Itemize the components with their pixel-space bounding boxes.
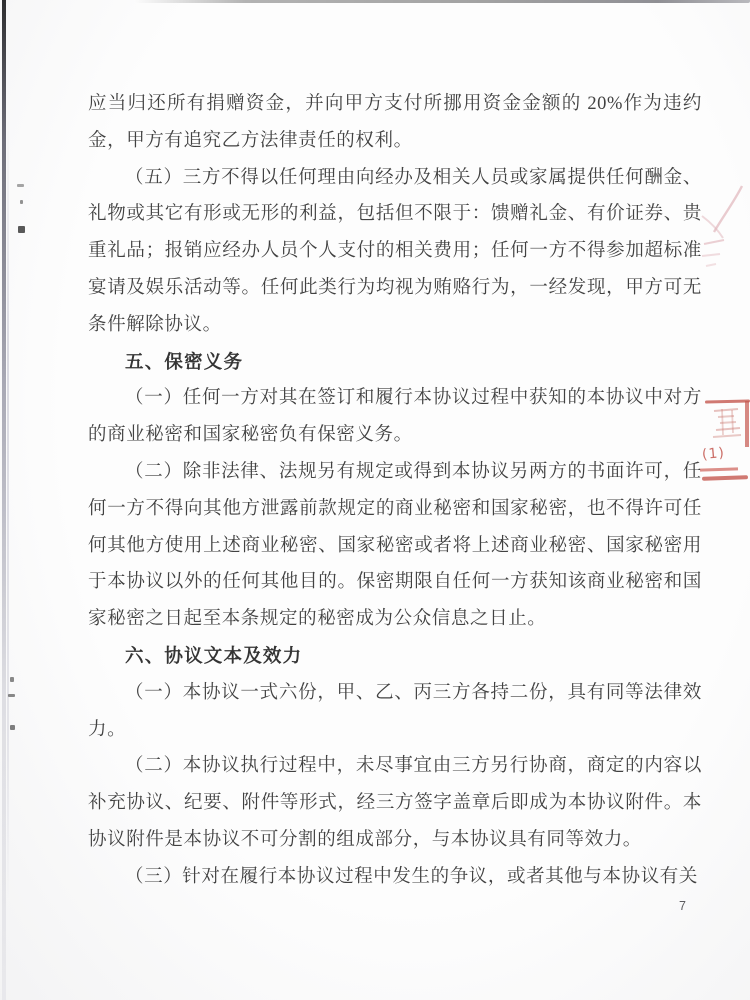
scanned-contract-page: 应当归还所有捐赠资金，并向甲方支付所挪用资金金额的 20%作为违约金，甲方有追究…: [0, 0, 750, 1000]
scan-edge-left-line: [2, 0, 6, 1000]
scan-speck: [10, 725, 15, 730]
page-number: 7: [679, 899, 686, 913]
paragraph: （五）三方不得以任何理由向经办及相关人员或家属提供任何酬金、礼物或其它有形或无形…: [88, 160, 702, 344]
scan-speck: [18, 226, 25, 233]
red-stamp-fragment: (1): [698, 396, 750, 488]
paragraph: 应当归还所有捐赠资金，并向甲方支付所挪用资金金额的 20%作为违约金，甲方有追究…: [88, 86, 702, 160]
scan-edge-top-line: [135, 0, 750, 3]
paragraph: （二）除非法律、法规另有规定或得到本协议另两方的书面许可，任何一方不得向其他方泄…: [88, 454, 702, 638]
red-pen-mark: [690, 180, 750, 272]
paragraph: （三）针对在履行本协议过程中发生的争议，或者其他与本协议有关: [88, 859, 702, 896]
paragraph: （二）本协议执行过程中，未尽事宜由三方另行协商，商定的内容以补充协议、纪要、附件…: [88, 748, 702, 858]
stamp-glyph-smudge: [708, 405, 746, 443]
scan-speck: [20, 200, 23, 204]
paragraph: （一）任何一方对其在签订和履行本协议过程中获知的本协议中对方的商业秘密和国家秘密…: [88, 380, 702, 454]
section-heading: 五、保密义务: [88, 344, 702, 381]
scan-speck: [8, 694, 15, 697]
stamp-copy-number: (1): [701, 445, 725, 463]
scan-speck: [10, 677, 14, 682]
document-body: 应当归还所有捐赠资金，并向甲方支付所挪用资金金额的 20%作为违约金，甲方有追究…: [88, 86, 702, 896]
stamp-underline-thick: [702, 475, 748, 481]
stamp-underline-thin: [700, 467, 738, 471]
scan-speck: [17, 184, 24, 187]
stamp-top-line: [705, 399, 750, 403]
scan-edge-left-faint-line: [7, 120, 9, 900]
paragraph: （一）本协议一式六份，甲、乙、丙三方各持二份，具有同等法律效力。: [88, 675, 702, 749]
section-heading: 六、协议文本及效力: [88, 638, 702, 675]
